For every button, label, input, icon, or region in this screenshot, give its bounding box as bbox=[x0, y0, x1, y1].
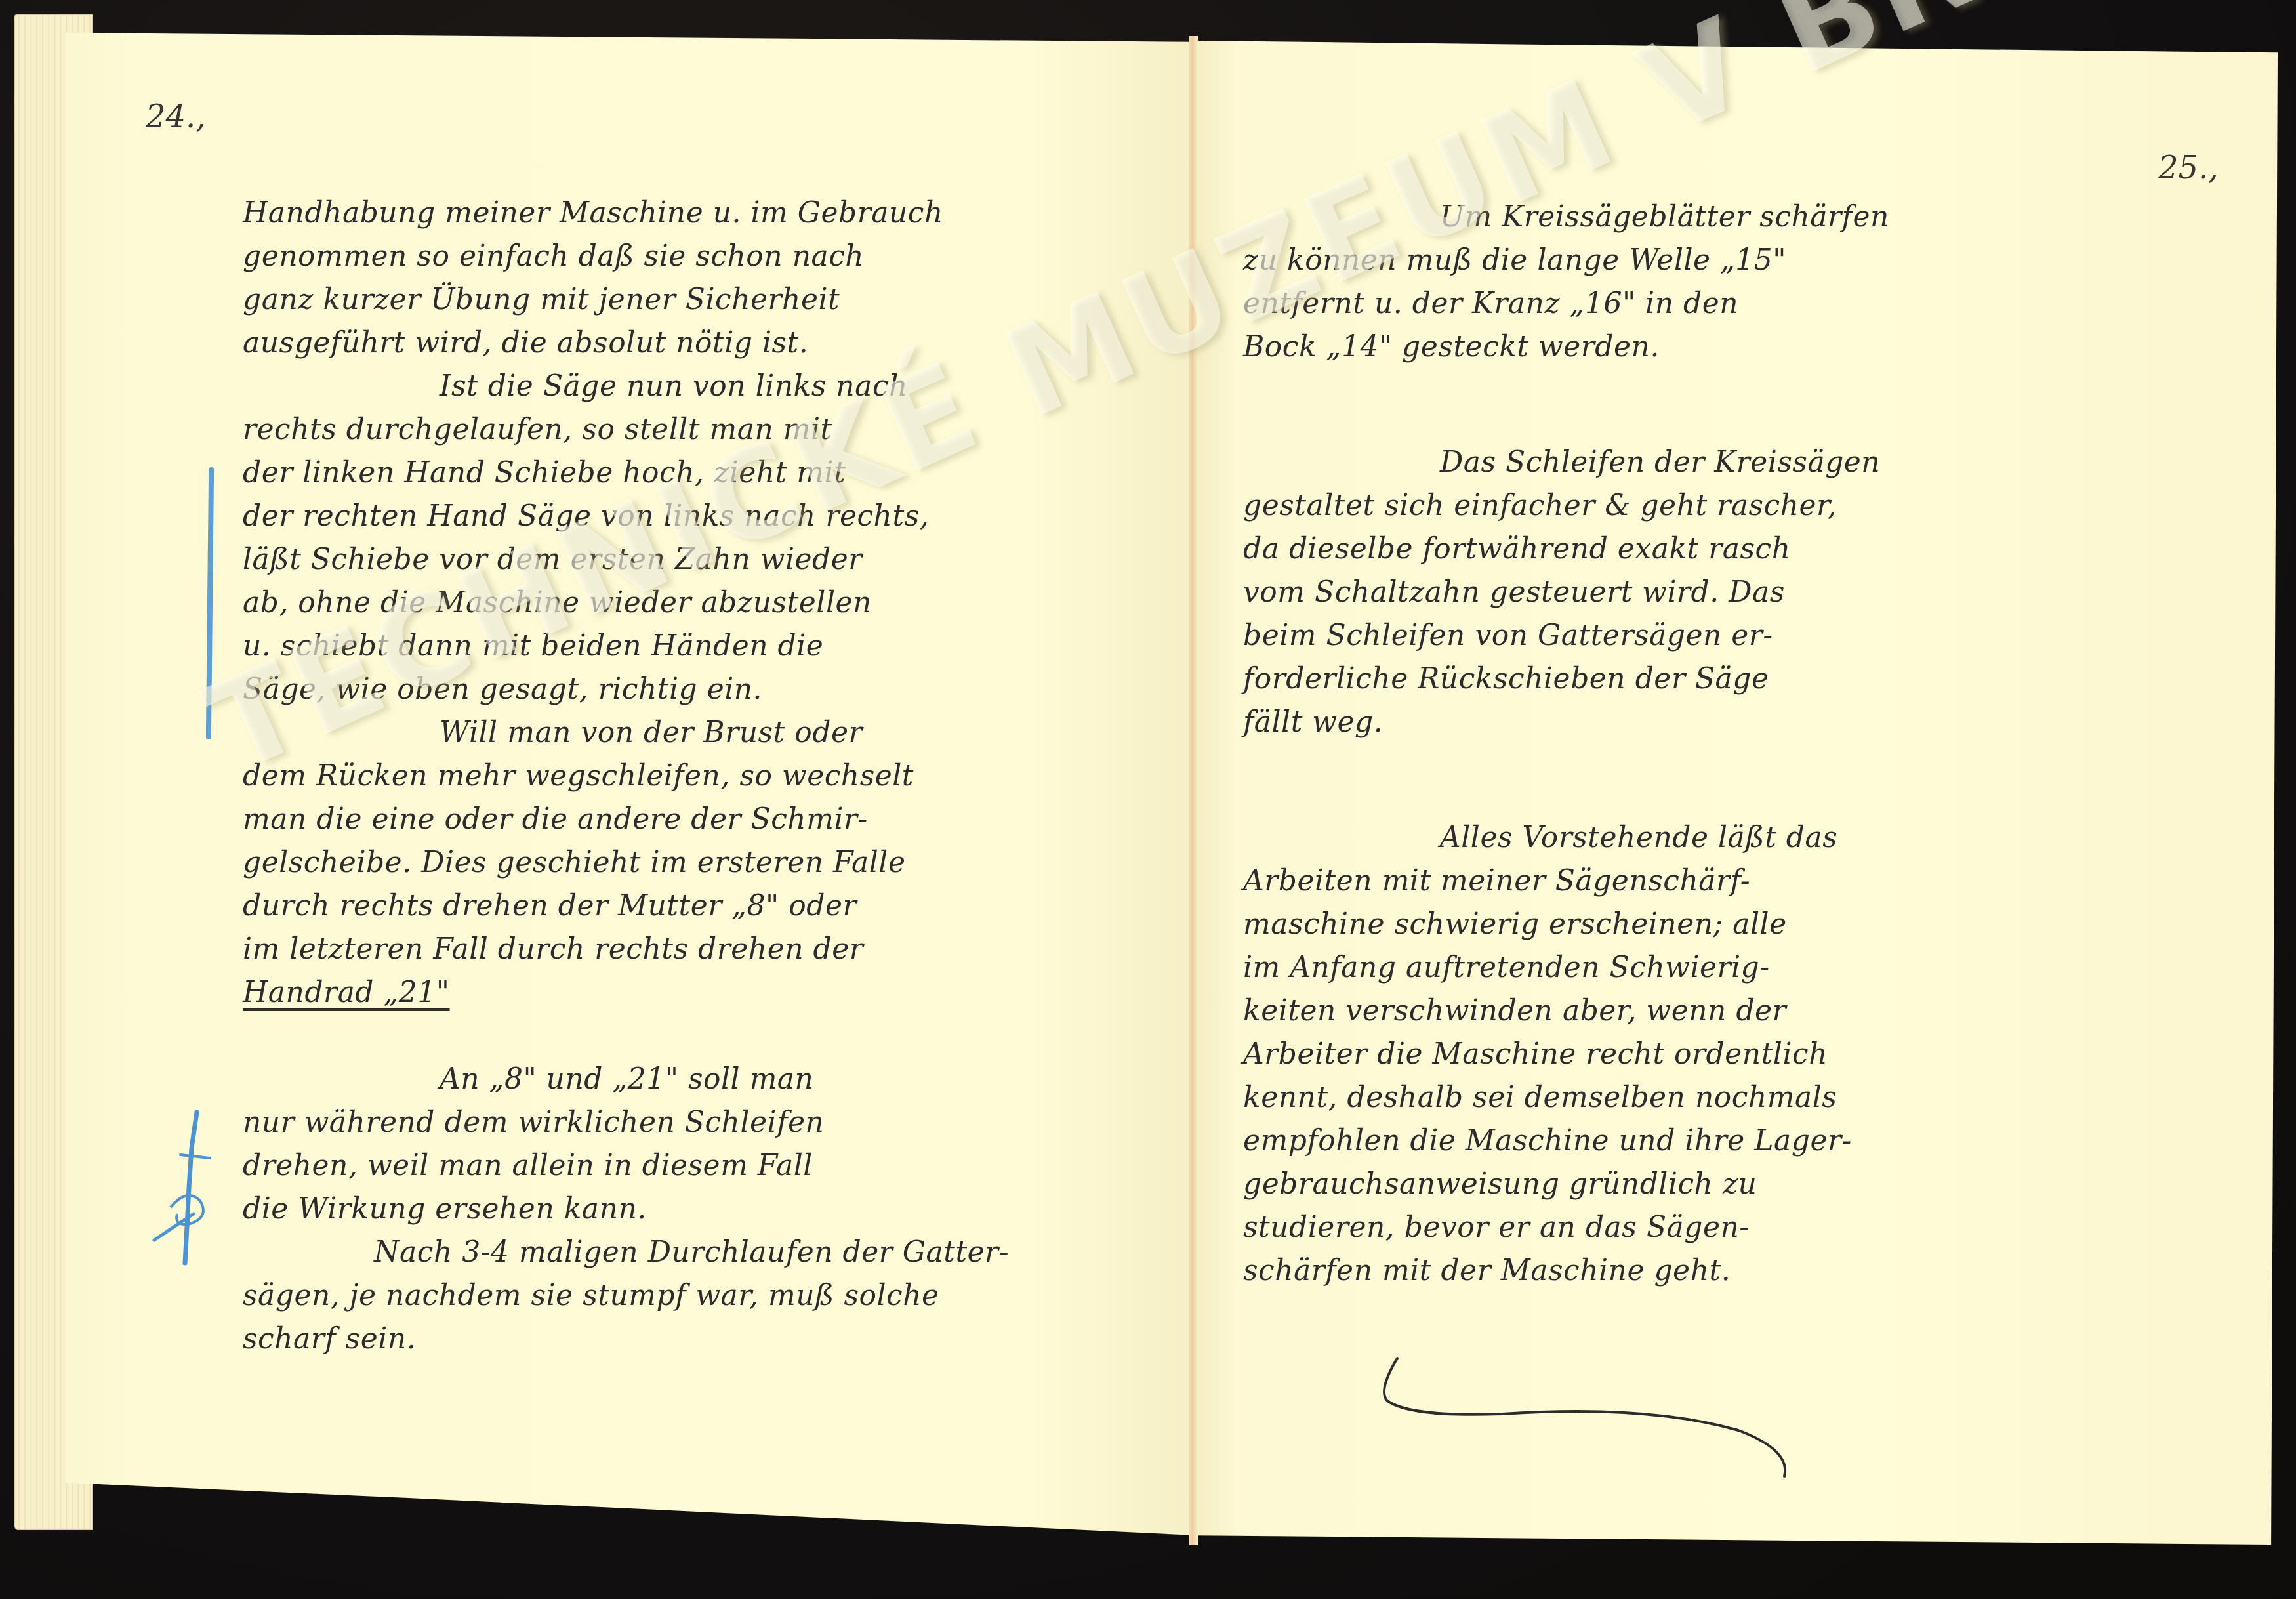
text-line: Arbeiter die Maschine recht ordentlich bbox=[1243, 1033, 2116, 1076]
closing-flourish-icon bbox=[1371, 1352, 1830, 1483]
text-line: sägen, je nachdem sie stumpf war, muß so… bbox=[243, 1274, 1181, 1318]
text-line: maschine schwierig erscheinen; alle bbox=[1243, 903, 2116, 946]
text-line: fällt weg. bbox=[1243, 701, 2116, 744]
paragraph-start-line: Alles Vorstehende läßt das bbox=[1243, 816, 2116, 860]
text-line: Arbeiten mit meiner Sägenschärf- bbox=[1243, 860, 2116, 903]
text-line: vom Schaltzahn gesteuert wird. Das bbox=[1243, 571, 2116, 614]
paragraph-start-line: An „8" und „21" soll man bbox=[243, 1058, 1181, 1101]
text-line: Säge, wie oben gesagt, richtig ein. bbox=[243, 668, 1181, 711]
paragraph-gap bbox=[1243, 744, 2116, 816]
text-line: im Anfang auftretenden Schwierig- bbox=[1243, 946, 2116, 989]
paragraph-start-line: Um Kreissägeblätter schärfen bbox=[1243, 196, 2116, 239]
text-line: studieren, bevor er an das Sägen- bbox=[1243, 1206, 2116, 1249]
text-line: gestaltet sich einfacher & geht rascher, bbox=[1243, 484, 2116, 528]
text-line: rechts durchgelaufen, so stellt man mit bbox=[243, 408, 1181, 451]
text-line-underlined: Handrad „21" bbox=[243, 971, 1181, 1014]
text-line: beim Schleifen von Gattersägen er- bbox=[1243, 614, 2116, 657]
text-line: dem Rücken mehr wegschleifen, so wechsel… bbox=[243, 755, 1181, 798]
text-line: scharf sein. bbox=[243, 1318, 1181, 1361]
text-line: kennt, deshalb sei demselben nochmals bbox=[1243, 1076, 2116, 1119]
text-line: Handhabung meiner Maschine u. im Gebrauc… bbox=[243, 192, 1181, 235]
text-line: im letzteren Fall durch rechts drehen de… bbox=[243, 928, 1181, 971]
text-line: genommen so einfach daß sie schon nach bbox=[243, 235, 1181, 278]
text-line: die Wirkung ersehen kann. bbox=[243, 1188, 1181, 1231]
paragraph-start-line: Ist die Säge nun von links nach bbox=[243, 365, 1181, 408]
paragraph-start-line: Nach 3-4 maligen Durchlaufen der Gatter- bbox=[243, 1231, 1181, 1274]
text-line: gelscheibe. Dies geschieht im ersteren F… bbox=[243, 841, 1181, 884]
text-line: der linken Hand Schiebe hoch, zieht mit bbox=[243, 451, 1181, 495]
page-number-right: 25., bbox=[2158, 150, 2219, 186]
text-line: durch rechts drehen der Mutter „8" oder bbox=[243, 884, 1181, 928]
text-line: keiten verschwinden aber, wenn der bbox=[1243, 989, 2116, 1033]
text-line: forderliche Rückschieben der Säge bbox=[1243, 657, 2116, 701]
text-line: ab, ohne die Maschine wieder abzustellen bbox=[243, 581, 1181, 625]
text-line: man die eine oder die andere der Schmir- bbox=[243, 798, 1181, 841]
text-line: gebrauchsanweisung gründlich zu bbox=[1243, 1163, 2116, 1206]
text-line: da dieselbe fortwährend exakt rasch bbox=[1243, 528, 2116, 571]
book-gutter bbox=[1189, 36, 1198, 1545]
paragraph-start-line: Will man von der Brust oder bbox=[243, 711, 1181, 755]
paragraph-gap bbox=[243, 1014, 1181, 1058]
text-line: drehen, weil man allein in diesem Fall bbox=[243, 1144, 1181, 1188]
page-number-left: 24., bbox=[146, 98, 206, 135]
paragraph-gap bbox=[1243, 369, 2116, 441]
text-line: läßt Schiebe vor dem ersten Zahn wieder bbox=[243, 538, 1181, 581]
blue-pencil-scribble-icon bbox=[151, 1109, 230, 1266]
text-line: ausgeführt wird, die absolut nötig ist. bbox=[243, 322, 1181, 365]
text-line: entfernt u. der Kranz „16" in den bbox=[1243, 282, 2116, 325]
text-line: Bock „14" gesteckt werden. bbox=[1243, 325, 2116, 369]
text-line: ganz kurzer Übung mit jener Sicherheit bbox=[243, 278, 1181, 322]
text-line: zu können muß die lange Welle „15" bbox=[1243, 239, 2116, 282]
text-line: nur während dem wirklichen Schleifen bbox=[243, 1101, 1181, 1144]
right-page-text: Um Kreissägeblätter schärfen zu können m… bbox=[1243, 196, 2116, 1293]
left-page-text: Handhabung meiner Maschine u. im Gebrauc… bbox=[243, 192, 1181, 1361]
text-line: schärfen mit der Maschine geht. bbox=[1243, 1249, 2116, 1293]
text-line: der rechten Hand Säge von links nach rec… bbox=[243, 495, 1181, 538]
text-line: empfohlen die Maschine und ihre Lager- bbox=[1243, 1119, 2116, 1163]
paragraph-start-line: Das Schleifen der Kreissägen bbox=[1243, 441, 2116, 484]
text-line: u. schiebt dann mit beiden Händen die bbox=[243, 625, 1181, 668]
